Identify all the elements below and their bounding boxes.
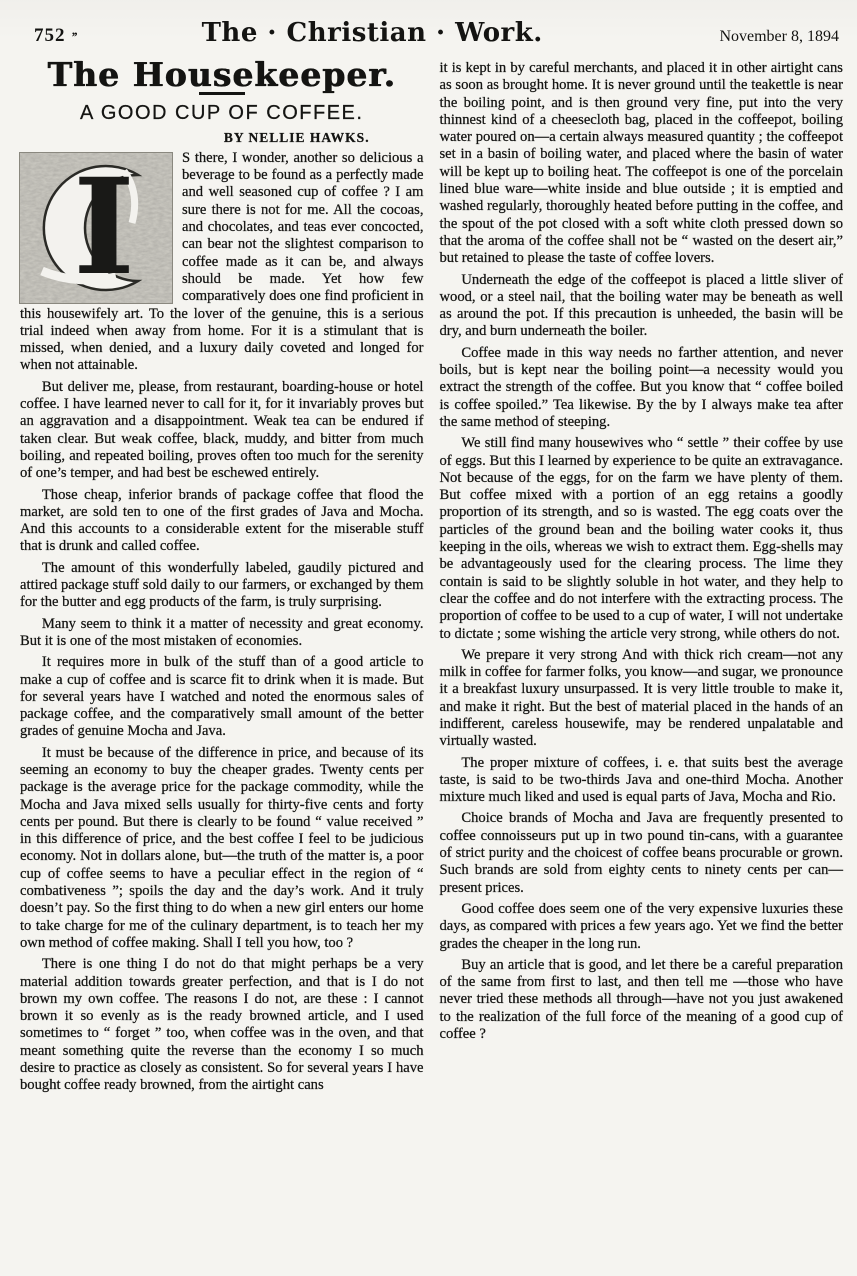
drop-cap-letter: I bbox=[73, 153, 135, 303]
running-head: 752 ’’ The · Christian · Work. November … bbox=[20, 16, 843, 54]
paragraph: Many seem to think it a matter of necess… bbox=[20, 616, 424, 651]
paragraph: Choice brands of Mocha and Java are freq… bbox=[440, 810, 844, 896]
article-byline: BY NELLIE HAWKS. bbox=[20, 129, 424, 146]
paragraph: I S there, I wonder, another so deliciou… bbox=[20, 150, 424, 375]
paragraph: We still find many housewives who “ sett… bbox=[440, 435, 844, 643]
right-column: it is kept in by careful merchants, and … bbox=[440, 60, 844, 1099]
article-columns: The Housekeeper. A GOOD CUP OF COFFEE. B… bbox=[20, 60, 843, 1099]
left-column: The Housekeeper. A GOOD CUP OF COFFEE. B… bbox=[20, 60, 424, 1099]
paragraph: There is one thing I do not do that migh… bbox=[20, 956, 424, 1094]
drop-cap-engraving-icon: I bbox=[20, 153, 172, 303]
page-number-value: 752 bbox=[34, 25, 66, 46]
paragraph: It must be because of the difference in … bbox=[20, 745, 424, 953]
scanned-newspaper-page: 752 ’’ The · Christian · Work. November … bbox=[0, 0, 857, 1276]
paragraph: Underneath the edge of the coffeepot is … bbox=[440, 272, 844, 341]
paragraph: Coffee made in this way needs no farther… bbox=[440, 345, 844, 431]
article-headline: A GOOD CUP OF COFFEE. bbox=[20, 105, 424, 122]
journal-masthead: The · Christian · Work. bbox=[202, 18, 543, 48]
paragraph: Good coffee does seem one of the very ex… bbox=[440, 901, 844, 953]
issue-date: November 8, 1894 bbox=[719, 28, 839, 46]
paragraph: The amount of this wonderfully labeled, … bbox=[20, 560, 424, 612]
page-number-marks: ’’ bbox=[71, 29, 77, 44]
page-number: 752 ’’ bbox=[34, 25, 77, 47]
paragraph: Those cheap, inferior brands of package … bbox=[20, 487, 424, 556]
paragraph: Buy an article that is good, and let the… bbox=[440, 957, 844, 1043]
paragraph: But deliver me, please, from restaurant,… bbox=[20, 379, 424, 483]
paragraph: it is kept in by careful merchants, and … bbox=[440, 60, 844, 268]
paragraph: We prepare it very strong And with thick… bbox=[440, 647, 844, 751]
section-title: The Housekeeper. bbox=[20, 66, 424, 83]
paragraph: It requires more in bulk of the stuff th… bbox=[20, 654, 424, 740]
paragraph: The proper mixture of coffees, i. e. tha… bbox=[440, 755, 844, 807]
